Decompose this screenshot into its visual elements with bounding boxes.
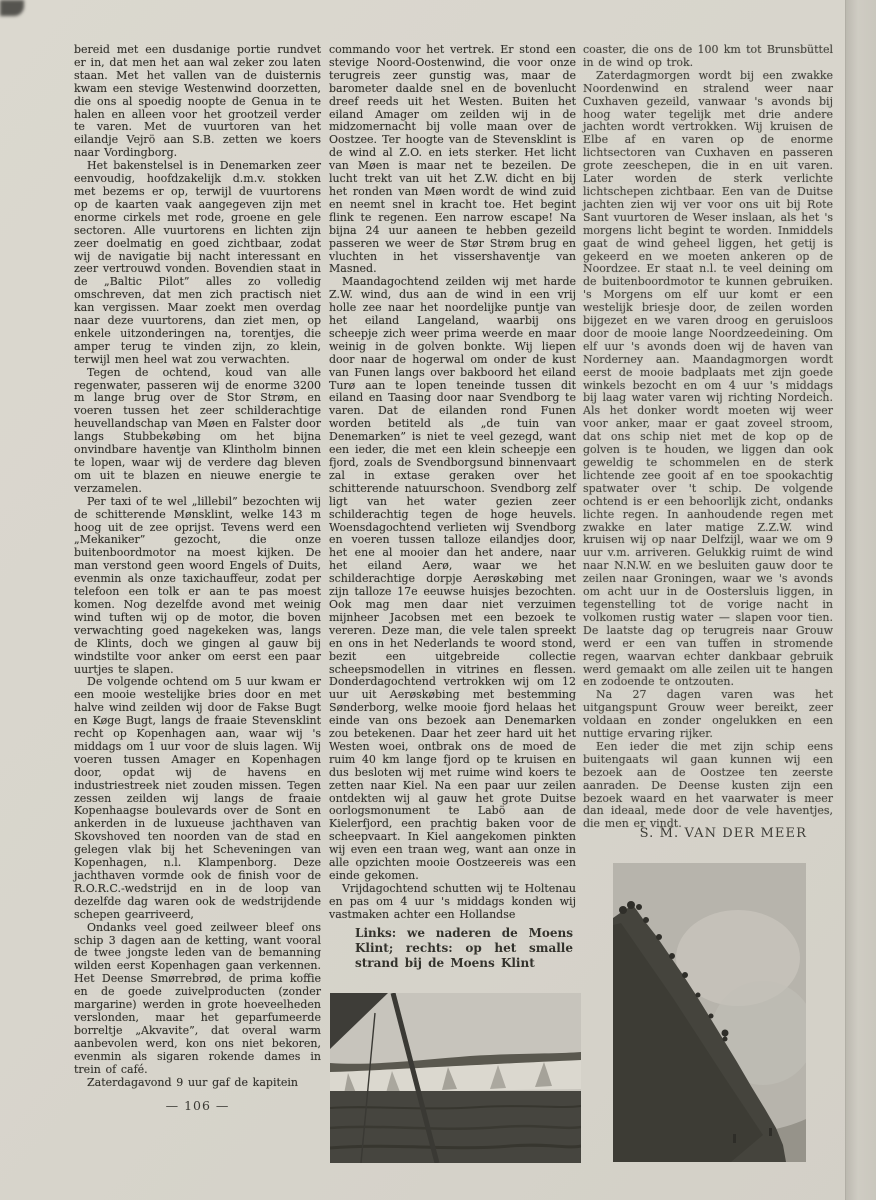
paragraph: Ondanks veel goed zeilweer bleef ons sch… (74, 922, 321, 1077)
page-number: — 106 — (74, 1098, 321, 1113)
scanned-page: bereid met een dusdanige portie rundvet … (0, 0, 876, 1200)
photo-moens-klint-from-sea (330, 993, 581, 1163)
scan-corner-artifact (0, 0, 24, 16)
paragraph: coaster, die ons de 100 km tot Brunsbütt… (583, 44, 833, 70)
paragraph: Maandagochtend zeilden wij met harde Z.W… (329, 276, 576, 883)
photo-left-graphic (330, 993, 581, 1163)
paragraph: Na 27 dagen varen was het uitgangspunt G… (583, 689, 833, 741)
page-edge-shadow (845, 0, 876, 1200)
column-2: commando voor het vertrek. Er stond een … (329, 44, 576, 922)
paragraph: Een ieder die met zijn schip eens buiten… (583, 741, 833, 831)
paragraph: Zaterdagmorgen wordt bij een zwakke Noor… (583, 70, 833, 690)
paragraph: Het bakenstelsel is in Denemarken zeer e… (74, 160, 321, 367)
paragraph: Vrijdagochtend schutten wij te Holtenau … (329, 883, 576, 922)
photo-moens-klint-beach (613, 863, 806, 1162)
column-1: bereid met een dusdanige portie rundvet … (74, 44, 321, 1089)
author-signature: S. M. VAN DER MEER (583, 826, 807, 841)
paragraph: Tegen de ochtend, koud van alle regenwat… (74, 367, 321, 496)
photo-caption: Links: we naderen de Moens Klint; rechts… (355, 926, 573, 971)
paragraph: Per taxi of te wel „lillebil” bezochten … (74, 496, 321, 677)
paragraph: commando voor het vertrek. Er stond een … (329, 44, 576, 276)
paragraph: Zaterdagavond 9 uur gaf de kapitein (74, 1077, 321, 1090)
photo-right-graphic (613, 863, 806, 1162)
paragraph: bereid met een dusdanige portie rundvet … (74, 44, 321, 160)
column-3: coaster, die ons de 100 km tot Brunsbütt… (583, 44, 833, 831)
paragraph: De volgende ochtend om 5 uur kwam er een… (74, 676, 321, 921)
